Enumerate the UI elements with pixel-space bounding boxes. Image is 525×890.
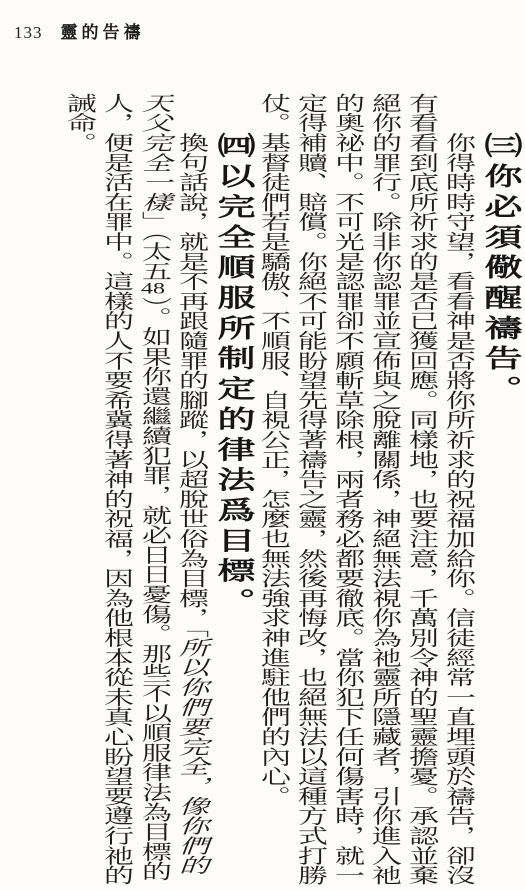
- running-head: 133 靈的告禱: [14, 18, 145, 43]
- paragraph-obedience-goal: 換句話說，就是不再跟隨罪的腳蹤，以超脫世俗為目標，「所以你們要完全，像你們的天父…: [60, 93, 209, 885]
- text-segment: 」（太五: [137, 212, 170, 281]
- page-number: 133: [14, 23, 43, 43]
- running-title: 靈的告禱: [61, 18, 145, 43]
- section-heading-4-obedience-goal: ㈣以完全順服所制定的律法爲目標。: [209, 93, 254, 885]
- main-text-block: ㈢你必須儆醒禱告。 你得時時守望，看看神是否將你所祈求的祝福加給你。信徒經常一直…: [59, 93, 521, 885]
- section-heading-3-watchful-prayer: ㈢你必須儆醒禱告。: [476, 93, 521, 885]
- verse-number: 48: [140, 281, 166, 297]
- paragraph-watchful-prayer: 你得時時守望，看看神是否將你所祈求的祝福加給你。信徒經常一直埋頭於禱告，卻沒有看…: [254, 93, 476, 885]
- book-page: 133 靈的告禱 ㈢你必須儆醒禱告。 你得時時守望，看看神是否將你所祈求的祝福加…: [0, 0, 525, 890]
- text-segment: 換句話說，就是不再跟隨罪的腳蹤，以超脫世俗為目標，「: [174, 133, 207, 638]
